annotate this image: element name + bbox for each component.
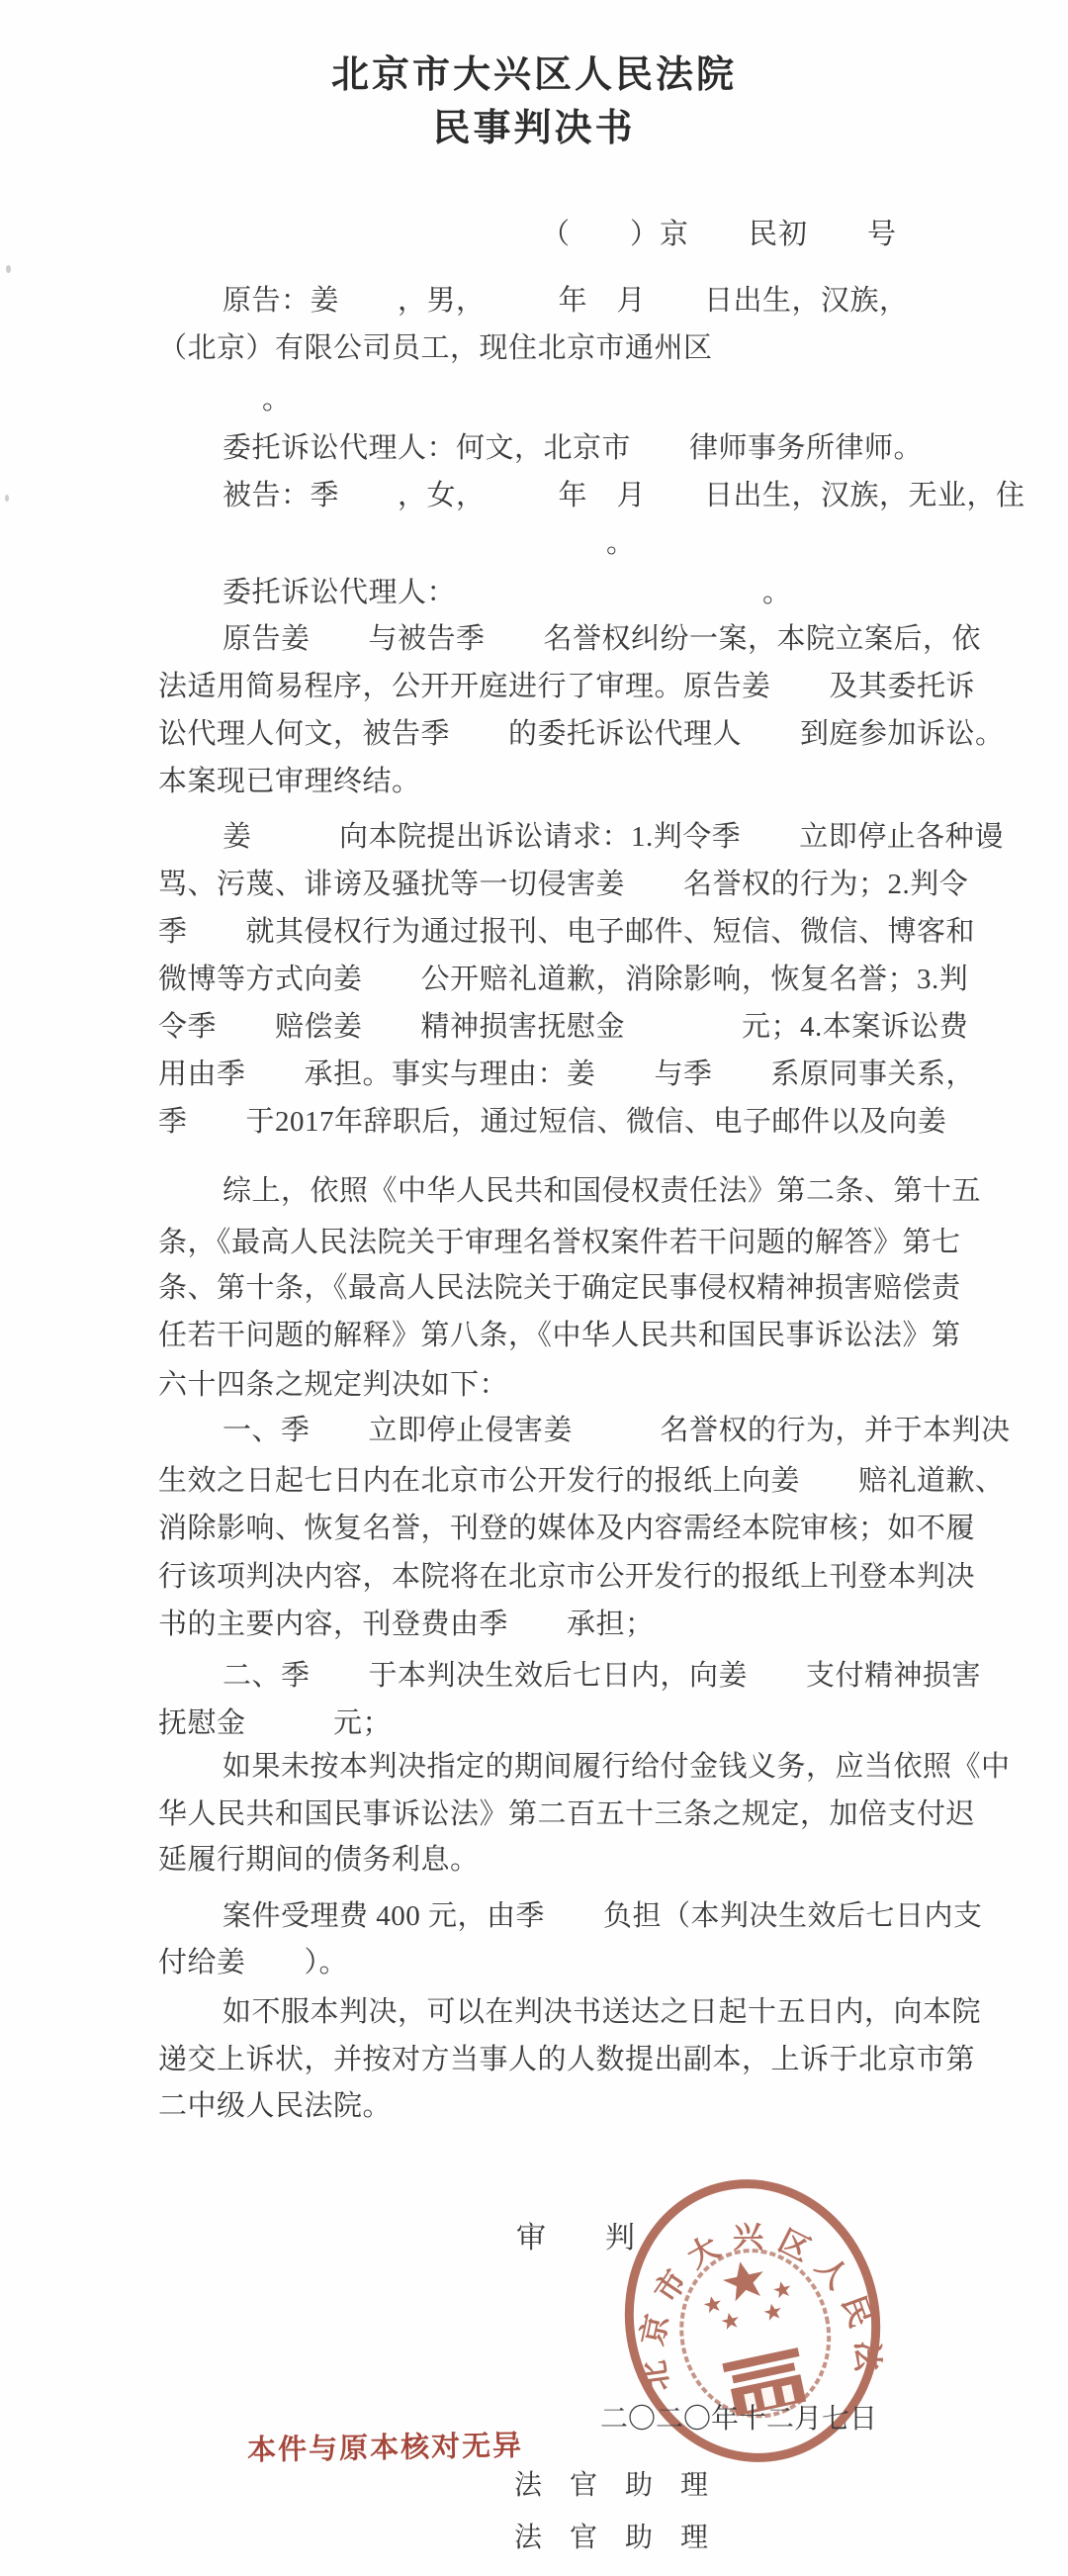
body-line: 原告姜 与被告季 名誉权纠纷一案，本院立案后，依 xyxy=(222,623,981,656)
body-line: 本案现已审理终结。 xyxy=(158,766,421,798)
body-line: 付给姜 ）。 xyxy=(158,1947,348,1979)
body-line: 季 于2017年辞职后，通过短信、微信、电子邮件以及向姜 xyxy=(158,1106,947,1139)
body-line: 条、第十条，《最高人民法院关于确定民事侵权精神损害赔偿责 xyxy=(158,1272,961,1305)
body-line: 委托诉讼代理人：何文，北京市 律师事务所律师。 xyxy=(222,432,923,465)
body-line: 用由季 承担。事实与理由：姜 与季 系原同事关系， xyxy=(158,1058,975,1091)
body-line: 行该项判决内容，本院将在北京市公开发行的报纸上刊登本判决 xyxy=(158,1561,975,1594)
body-line: 如果未按本判决指定的期间履行给付金钱义务，应当依照《中 xyxy=(222,1751,1011,1784)
doc-title: 民事判决书 xyxy=(0,109,1068,150)
court-name: 北京市大兴区人民法院 xyxy=(0,55,1068,97)
body-line: 延履行期间的债务利息。 xyxy=(158,1844,480,1877)
body-line: 被告：季 ，女， 年 月 日出生，汉族，无业，住 xyxy=(222,480,1025,512)
body-line: 如不服本判决，可以在判决书送达之日起十五日内，向本院 xyxy=(222,1996,981,2029)
body-line: 季 就其侵权行为通过报刊、电子邮件、短信、微信、博客和 xyxy=(158,916,975,949)
body-line: 骂、污蔑、诽谤及骚扰等一切侵害姜 名誉权的行为；2.判令 xyxy=(158,869,968,901)
body-line: 微博等方式向姜 公开赔礼道歉，消除影响，恢复名誉；3.判 xyxy=(158,964,968,996)
body-line: 二中级人民法院。 xyxy=(158,2090,392,2123)
judgment-document-page: 北京市大兴区人民法院 民事判决书 （ ）京 民初 号 原告：姜 ，男， 年 月 … xyxy=(0,0,1068,2576)
big-star-icon xyxy=(720,2257,768,2303)
assistant-judge-line: 法 官 助 理 xyxy=(514,2463,708,2503)
body-line: 书的主要内容，刊登费由季 承担； xyxy=(158,1609,655,1641)
body-line: 一、季 立即停止侵害姜 名誉权的行为，并于本判决 xyxy=(222,1415,1011,1447)
body-line: 六十四条之规定判决如下： xyxy=(158,1369,508,1402)
body-line: 生效之日起七日内在北京市公开发行的报纸上向姜 赔礼道歉、 xyxy=(158,1465,1005,1498)
body-line: 法适用简易程序，公开开庭进行了审理。原告姜 及其委托诉 xyxy=(158,671,975,703)
body-line: 原告：姜 ，男， 年 月 日出生，汉族， xyxy=(222,285,909,318)
judgment-date: 二〇二〇年十二月七日 xyxy=(600,2397,877,2437)
body-line: 消除影响、恢复名誉，刊登的媒体及内容需经本院审核；如不履 xyxy=(158,1513,975,1545)
body-line: 。 xyxy=(606,527,636,560)
body-line: 抚慰金 元； xyxy=(158,1707,392,1740)
small-star-icon xyxy=(720,2311,741,2330)
body-line: 华人民共和国民事诉讼法》第二百五十三条之规定，加倍支付迟 xyxy=(158,1798,975,1831)
body-line: 二、季 于本判决生效后七日内，向姜 支付精神损害 xyxy=(222,1660,981,1693)
verification-stamp-text: 本件与原本核对无异 xyxy=(247,2424,524,2469)
small-star-icon xyxy=(702,2295,723,2314)
small-star-icon xyxy=(772,2280,793,2299)
body-line: 委托诉讼代理人： 。 xyxy=(222,577,792,609)
scan-artifact xyxy=(5,495,9,502)
body-line: 讼代理人何文，被告季 的委托诉讼代理人 到庭参加诉讼。 xyxy=(158,718,1005,751)
body-line: 令季 赔偿姜 精神损害抚慰金 元；4.本案诉讼费 xyxy=(158,1011,968,1044)
body-line: 案件受理费 400 元，由季 负担（本判决生效后七日内支 xyxy=(222,1900,983,1933)
assistant-judge-line: 法 官 助 理 xyxy=(514,2516,708,2555)
judge-signature-line: 审 判 xyxy=(516,2213,635,2256)
body-line: 综上，依照《中华人民共和国侵权责任法》第二条、第十五 xyxy=(222,1175,981,1208)
body-line: 任若干问题的解释》第八条，《中华人民共和国民事诉讼法》第 xyxy=(158,1320,961,1352)
body-line: （北京）有限公司员工，现住北京市通州区 xyxy=(158,332,713,365)
body-line: 姜 向本院提出诉讼请求：1.判令季 立即停止各种谩 xyxy=(222,821,1004,854)
body-line: 。 xyxy=(262,384,292,416)
case-number: （ ）京 民初 号 xyxy=(541,212,897,252)
small-star-icon xyxy=(762,2302,783,2321)
scan-artifact xyxy=(6,265,11,273)
body-line: 条，《最高人民法院关于审理名誉权案件若干问题的解答》第七 xyxy=(158,1227,961,1259)
body-line: 递交上诉状，并按对方当事人的人数提出副本，上诉于北京市第 xyxy=(158,2044,975,2076)
